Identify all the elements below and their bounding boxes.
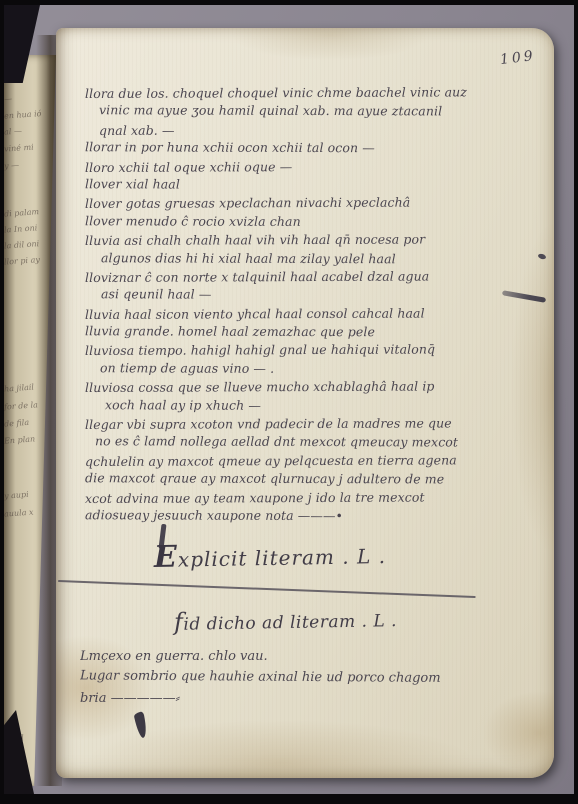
text-line: Lmçexo en guerra. chlo vau.: [80, 646, 544, 667]
text-line: lloro xchii tal oque xchii oque —: [85, 157, 548, 177]
explicit-heading: Explicit literam . L .: [154, 536, 387, 575]
backdrop: — en hua ió al — viné mi y — di palam la…: [4, 5, 574, 794]
text-line: qnal xab. —: [99, 120, 548, 140]
text-line: die maxcot qraue ay maxcot qlurnucay j a…: [85, 469, 548, 489]
text-line: lloviznar ĉ con norte x talquinil haal a…: [85, 267, 548, 287]
text-line: no es ĉ lamd nollega aellad dnt mexcot q…: [95, 433, 548, 453]
text-line: adiosueay jesuuch xaupone nota ———•: [85, 506, 548, 526]
fin-heading: fid dicho ad literam . L .: [174, 604, 397, 636]
text-line: llover menudo ĉ rocio xvizla chan: [85, 212, 548, 232]
text-line: Lugar sombrio que hauhie axinal hie ud p…: [80, 665, 544, 689]
text-line: vinic ma ayue ʒou hamil quinal xab. ma a…: [99, 102, 548, 122]
text-line: llorar in por huna xchii ocon xchii tal …: [85, 138, 548, 158]
text-line: on tiemp de aguas vino — .: [100, 359, 548, 379]
text-line: bria —————⸗: [80, 688, 544, 709]
folio-number: 109: [499, 48, 536, 68]
text-line: lluviosa tiempo. hahigl hahigl gnal ue h…: [85, 340, 548, 360]
text-line: xcot advina mue ay team xaupone j ido la…: [85, 488, 548, 508]
ink-blot: [133, 711, 148, 739]
text-block: llora due los. choquel choquel vinic chm…: [85, 84, 548, 525]
text-line: asi qeunil haal —: [101, 286, 548, 306]
text-line: xoch haal ay ip xhuch —: [105, 396, 548, 416]
manuscript-page: 109 llora due los. choquel choquel vinic…: [56, 28, 554, 778]
photo-frame: — en hua ió al — viné mi y — di palam la…: [0, 0, 578, 804]
text-line: lluvia asi chalh chalh haal vih vih haal…: [85, 230, 548, 250]
text-line: lluvia haal sicon viento yhcal haal cons…: [85, 304, 548, 324]
text-line: qchulelin ay maxcot qmeue ay pelqcuesta …: [85, 451, 548, 471]
text-line: llora due los. choquel choquel vinic chm…: [85, 83, 548, 103]
text-line: llegar vbi supra xcoton vnd padecir de l…: [85, 414, 548, 434]
text-line: algunos dias hi hi xial haal ma zilay ya…: [101, 249, 548, 269]
text-line: lluviosa cossa que se llueve mucho xchab…: [85, 377, 548, 397]
text-line: llover gotas gruesas xpeclachan nivachi …: [85, 193, 548, 213]
rule-line: [58, 580, 476, 598]
bottom-text-block: Lmçexo en guerra. chlo vau. Lugar sombri…: [80, 646, 544, 709]
text-line: llover xial haal: [85, 175, 548, 195]
text-line: lluvia grande. homel haal zemazhac que p…: [85, 322, 548, 342]
